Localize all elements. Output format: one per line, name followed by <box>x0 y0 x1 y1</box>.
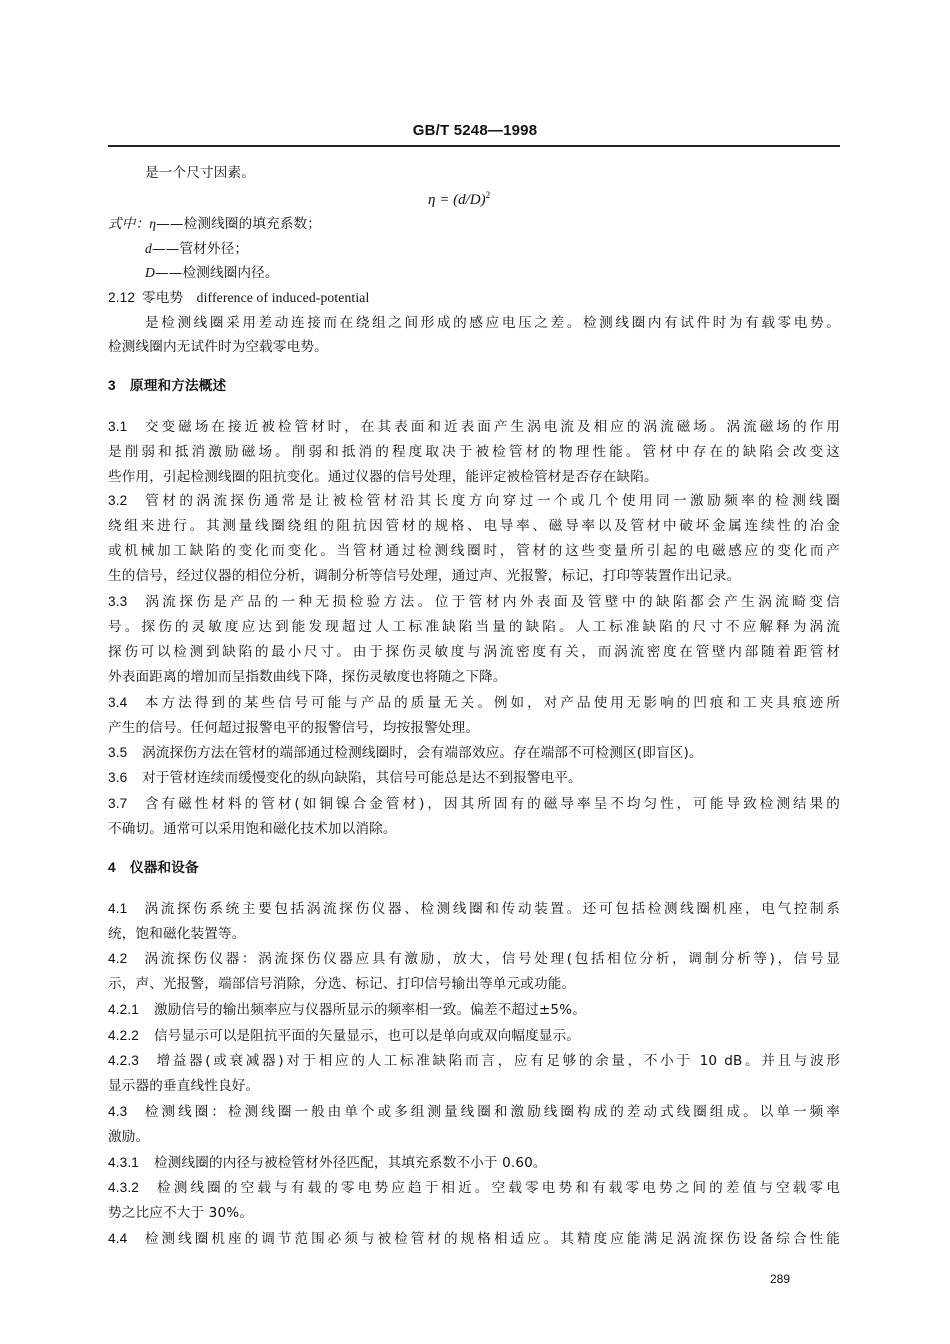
where-symbol: 式中：η <box>108 216 156 231</box>
clause-number: 3.7 <box>108 794 142 814</box>
paragraph-text: 激励信号的输出频率应与仪器所显示的频率相一致。偏差不超过±5%。 <box>154 1002 586 1018</box>
clause-number: 4.3.2 <box>108 1178 154 1198</box>
section-title: 仪器和设备 <box>130 860 199 876</box>
clause-3-2: 3.2管材的涡流探伤通常是让被检管材沿其长度方向穿过一个或几个使用同一激励频率的… <box>108 491 840 511</box>
clause-3-6: 3.6对于管材连续而缓慢变化的纵向缺陷，其信号可能总是达不到报警电平。 <box>108 768 840 788</box>
formula-exponent: 2 <box>486 190 491 200</box>
paragraph-text: 涡流探伤仪器：涡流探伤仪器应具有激励，放大，信号处理(包括相位分析，调制分析等)… <box>142 951 840 967</box>
paragraph-text: 检测线圈：检测线圈一般由单个或多组测量线圈和激励线圈构成的差动式线圈组成。以单一… <box>142 1104 840 1120</box>
paragraph-line: 号。探伤的灵敏度应达到能发现超过人工标准缺陷当量的缺陷。人工标准缺陷的尺寸不应解… <box>108 617 840 637</box>
where-item: 式中：η——检测线圈的填充系数； <box>108 214 840 234</box>
clause-number: 3.3 <box>108 592 142 612</box>
paragraph-text: 信号显示可以是阻抗平面的矢量显示，也可以是单向或双向幅度显示。 <box>154 1028 580 1044</box>
clause-2-12-title: 2.12零电势 difference of induced-potential <box>108 288 840 308</box>
clause-4-2-3: 4.2.3增益器(或衰减器)对于相应的人工标准缺陷而言，应有足够的余量，不小于 … <box>108 1051 840 1071</box>
term-en: difference of induced-potential <box>197 290 370 305</box>
intro-line: 是一个尺寸因素。 <box>145 163 877 183</box>
clause-4-3-1: 4.3.1检测线圈的内径与被检管材外径匹配，其填充系数不小于 0.60。 <box>108 1153 840 1173</box>
paragraph-text: 检测线圈的内径与被检管材外径匹配，其填充系数不小于 0.60。 <box>154 1155 547 1171</box>
section-3-heading: 3原理和方法概述 <box>108 376 840 396</box>
clause-number: 3.2 <box>108 491 142 511</box>
paragraph-line: 是检测线圈采用差动连接而在绕组之间形成的感应电压之差。检测线圈内有试件时为有载零… <box>145 313 840 333</box>
clause-number: 4.2.2 <box>108 1026 154 1046</box>
clause-4-2: 4.2涡流探伤仪器：涡流探伤仪器应具有激励，放大，信号处理(包括相位分析，调制分… <box>108 949 840 969</box>
paragraph-line: 激励。 <box>108 1127 840 1147</box>
clause-number: 4.3.1 <box>108 1153 154 1173</box>
clause-number: 4.2.1 <box>108 1000 154 1020</box>
paragraph-text: 管材的涡流探伤通常是让被检管材沿其长度方向穿过一个或几个使用同一激励频率的检测线… <box>142 493 840 509</box>
clause-number: 4.4 <box>108 1229 142 1249</box>
clause-4-3: 4.3检测线圈：检测线圈一般由单个或多组测量线圈和激励线圈构成的差动式线圈组成。… <box>108 1102 840 1122</box>
where-item: d——管材外径； <box>145 239 877 259</box>
document-page: GB/T 5248—1998 是一个尺寸因素。 η = (d/D)2 式中：η—… <box>0 0 950 1344</box>
paragraph-text: 增益器(或衰减器)对于相应的人工标准缺陷而言，应有足够的余量，不小于 10 dB… <box>154 1053 840 1069</box>
paragraph-text: 交变磁场在接近被检管材时，在其表面和近表面产生涡电流及相应的涡流磁场。涡流磁场的… <box>142 419 840 435</box>
paragraph-line: 示，声、光报警，端部信号消除，分选、标记、打印信号输出等单元或功能。 <box>108 974 840 994</box>
paragraph-text: 含有磁性材料的管材(如铜镍合金管材)，因其所固有的磁导率呈不均匀性，可能导致检测… <box>142 796 840 812</box>
paragraph-text: 涡流探伤系统主要包括涡流探伤仪器、检测线圈和传动装置。还可包括检测线圈机座，电气… <box>142 901 840 917</box>
where-symbol: d <box>145 241 152 256</box>
clause-4-1: 4.1涡流探伤系统主要包括涡流探伤仪器、检测线圈和传动装置。还可包括检测线圈机座… <box>108 899 840 919</box>
section-title: 原理和方法概述 <box>130 378 226 394</box>
where-desc: ——管材外径； <box>152 241 248 257</box>
where-symbol: D <box>145 265 155 280</box>
paragraph-text: 涡流探伤是产品的一种无损检验方法。位于管材内外表面及管壁中的缺陷都会产生涡流畸变… <box>142 594 840 610</box>
clause-3-7: 3.7含有磁性材料的管材(如铜镍合金管材)，因其所固有的磁导率呈不均匀性，可能导… <box>108 794 840 814</box>
section-number: 4 <box>108 858 130 878</box>
clause-number: 4.3 <box>108 1102 142 1122</box>
paragraph-line: 绕组来进行。其测量线圈绕组的阻抗因管材的规格、电导率、磁导率以及管材中破坏金属连… <box>108 516 840 536</box>
header-rule <box>108 145 840 147</box>
paragraph-line: 探伤可以检测到缺陷的最小尺寸。由于探伤灵敏度与涡流密度有关，而涡流密度在管壁内部… <box>108 642 840 662</box>
section-4-heading: 4仪器和设备 <box>108 858 840 878</box>
where-item: D——检测线圈内径。 <box>145 263 877 283</box>
paragraph-line: 外表面距离的增加而呈指数曲线下降，探伤灵敏度也将随之下降。 <box>108 667 840 687</box>
paragraph-line: 显示器的垂直线性良好。 <box>108 1076 840 1096</box>
paragraph-line: 些作用，引起检测线圈的阻抗变化。通过仪器的信号处理，能评定被检管材是否存在缺陷。 <box>108 467 840 487</box>
paragraph-text: 检测线圈机座的调节范围必须与被检管材的规格相适应。其精度应能满足涡流探伤设备综合… <box>142 1231 840 1247</box>
paragraph-line: 或机械加工缺陷的变化而变化。当管材通过检测线圈时，管材的这些变量所引起的电磁感应… <box>108 541 840 561</box>
clause-3-4: 3.4本方法得到的某些信号可能与产品的质量无关。例如，对产品使用无影响的凹痕和工… <box>108 693 840 713</box>
paragraph-line: 是削弱和抵消激励磁场。削弱和抵消的程度取决于被检管材的物理性能。管材中存在的缺陷… <box>108 442 840 462</box>
clause-4-2-2: 4.2.2信号显示可以是阻抗平面的矢量显示，也可以是单向或双向幅度显示。 <box>108 1026 840 1046</box>
clause-3-5: 3.5涡流探伤方法在管材的端部通过检测线圈时，会有端部效应。存在端部不可检测区(… <box>108 743 840 763</box>
paragraph-text: 涡流探伤方法在管材的端部通过检测线圈时，会有端部效应。存在端部不可检测区(即盲区… <box>142 745 703 761</box>
page-number: 289 <box>770 1272 790 1286</box>
formula-eq: = <box>435 192 453 208</box>
clause-number: 4.2 <box>108 949 142 969</box>
clause-number: 3.5 <box>108 743 142 763</box>
fill-factor-formula: η = (d/D)2 <box>428 190 490 209</box>
where-desc: ——检测线圈内径。 <box>155 265 279 281</box>
clause-number: 3.1 <box>108 417 142 437</box>
paragraph-line: 统，饱和磁化装置等。 <box>108 924 840 944</box>
clause-number: 3.6 <box>108 768 142 788</box>
paragraph-line: 不确切。通常可以采用饱和磁化技术加以消除。 <box>108 819 840 839</box>
clause-3-1: 3.1交变磁场在接近被检管材时，在其表面和近表面产生涡电流及相应的涡流磁场。涡流… <box>108 417 840 437</box>
clause-4-4: 4.4检测线圈机座的调节范围必须与被检管材的规格相适应。其精度应能满足涡流探伤设… <box>108 1229 840 1249</box>
clause-number: 2.12 <box>108 288 142 308</box>
paragraph-text: 本方法得到的某些信号可能与产品的质量无关。例如，对产品使用无影响的凹痕和工夹具痕… <box>142 695 840 711</box>
section-number: 3 <box>108 376 130 396</box>
paragraph-line: 生的信号，经过仪器的相位分析，调制分析等信号处理，通过声、光报警，标记，打印等装… <box>108 566 840 586</box>
clause-number: 4.1 <box>108 899 142 919</box>
paragraph-line: 产生的信号。任何超过报警电平的报警信号，均按报警处理。 <box>108 718 840 738</box>
paragraph-line: 检测线圈内无试件时为空载零电势。 <box>108 337 840 357</box>
paragraph-text: 检测线圈的空载与有载的零电势应趋于相近。空载零电势和有载零电势之间的差值与空载零… <box>154 1180 840 1196</box>
clause-number: 4.2.3 <box>108 1051 154 1071</box>
formula-rhs: (d/D) <box>453 192 486 208</box>
paragraph-line: 势之比应不大于 30%。 <box>108 1203 840 1223</box>
clause-4-3-2: 4.3.2检测线圈的空载与有载的零电势应趋于相近。空载零电势和有载零电势之间的差… <box>108 1178 840 1198</box>
where-desc: ——检测线圈的填充系数； <box>156 216 321 232</box>
clause-number: 3.4 <box>108 693 142 713</box>
paragraph-text: 对于管材连续而缓慢变化的纵向缺陷，其信号可能总是达不到报警电平。 <box>142 770 582 786</box>
standard-code-header: GB/T 5248—1998 <box>0 122 950 139</box>
clause-4-2-1: 4.2.1激励信号的输出频率应与仪器所显示的频率相一致。偏差不超过±5%。 <box>108 1000 840 1020</box>
term-cn: 零电势 <box>142 290 183 306</box>
clause-3-3: 3.3涡流探伤是产品的一种无损检验方法。位于管材内外表面及管壁中的缺陷都会产生涡… <box>108 592 840 612</box>
